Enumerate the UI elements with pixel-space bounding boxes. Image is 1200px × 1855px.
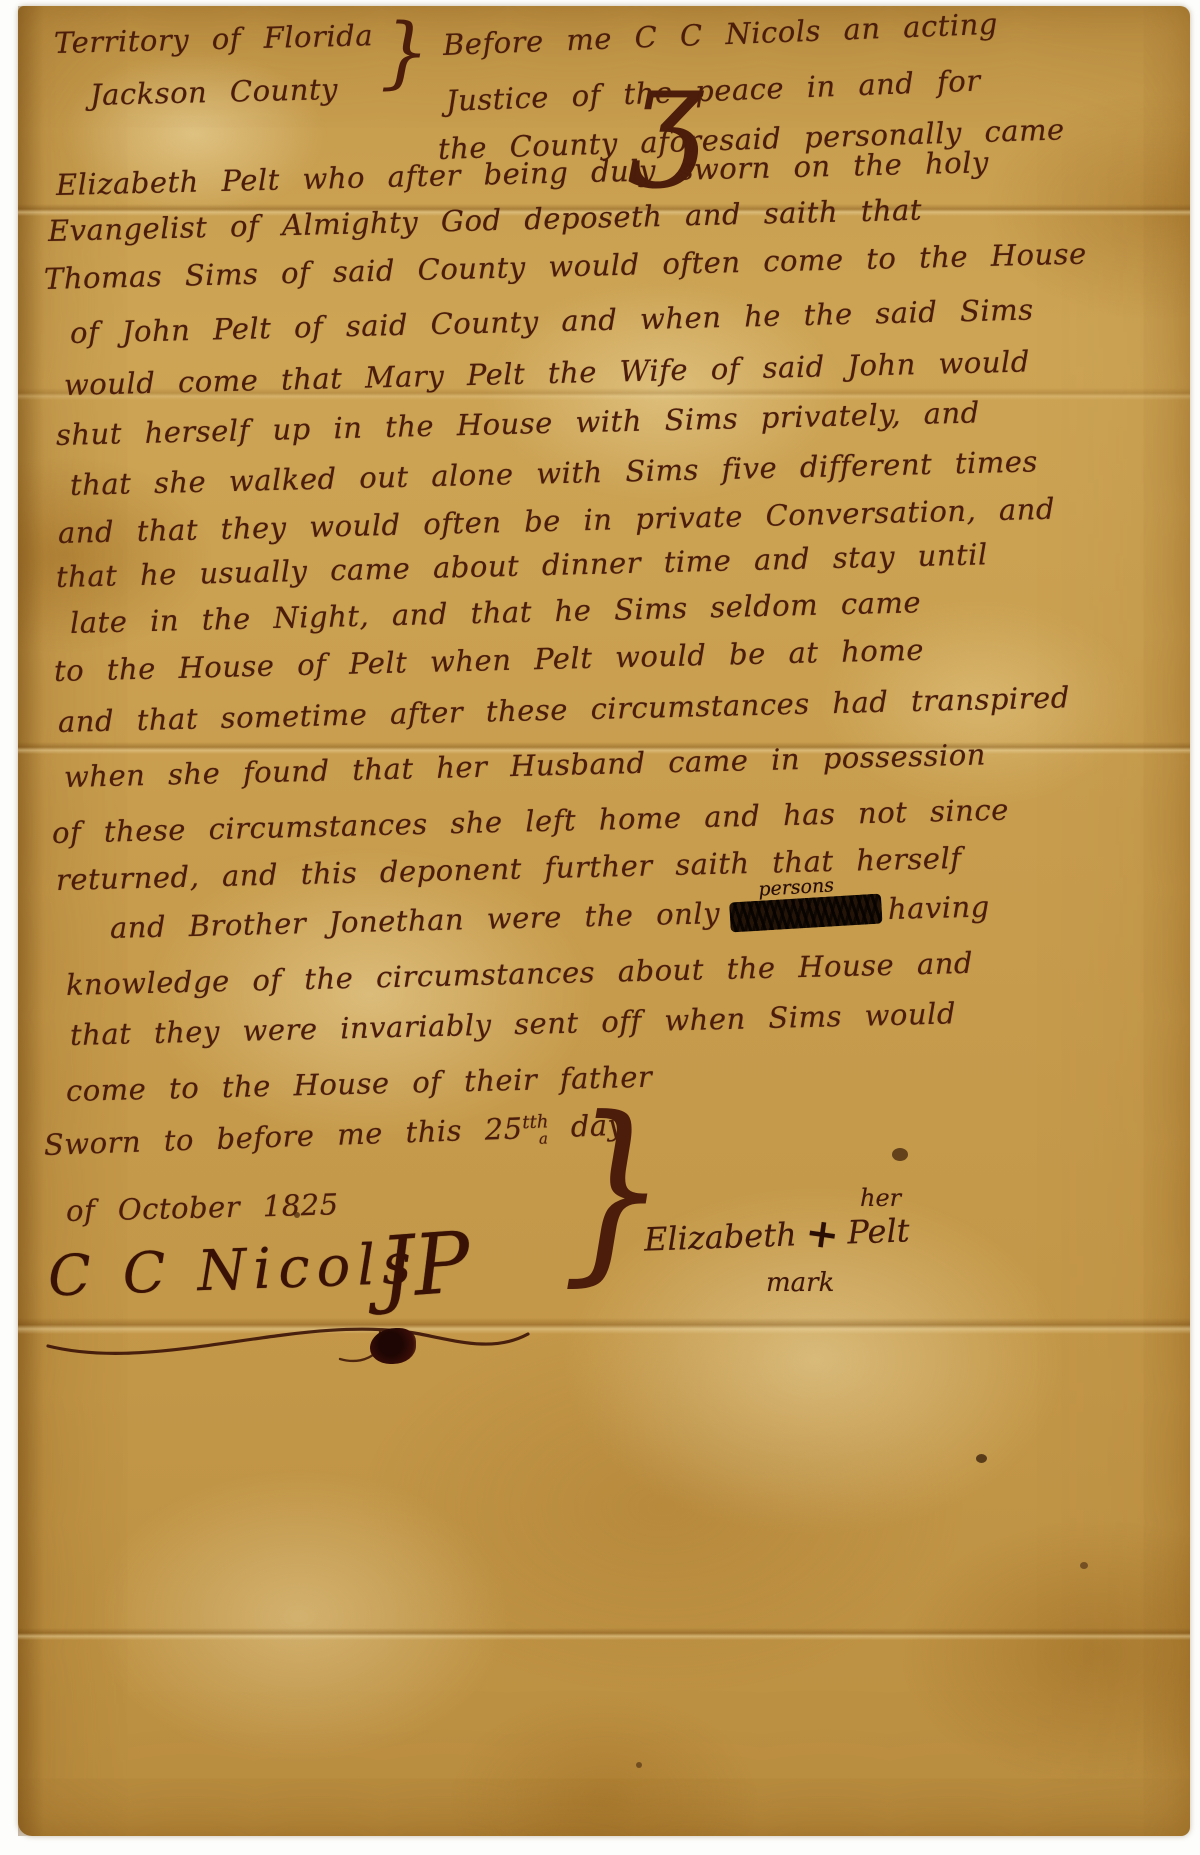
header-left-line: Territory of Florida (54, 18, 374, 60)
sworn-line: Sworn to before me this 25ttha day (43, 1108, 625, 1165)
ink-speck (976, 1454, 987, 1463)
strike-line-pre: and Brother Jonethan were the only (110, 896, 721, 945)
strike-line-post: having (887, 890, 990, 926)
signer-first-name: Elizabeth (643, 1215, 797, 1258)
sworn-prefix: Sworn to before me this 25 (43, 1111, 523, 1162)
header-right-line: Justice of the peace in and for (445, 63, 981, 118)
signer-last-name: Pelt (847, 1211, 910, 1251)
handwritten-line: and that sometime after these circumstan… (58, 680, 1071, 739)
justice-signature: C C Nicols (47, 1232, 419, 1310)
scanned-document: Territory of Florida Jackson County } ʒ … (0, 0, 1200, 1855)
handwritten-line: when she found that her Husband came in … (64, 737, 987, 794)
handwritten-line: Thomas Sims of said County would often c… (44, 237, 1088, 296)
ink-speck (892, 1148, 908, 1161)
handwritten-line: late in the Night, and that he Sims seld… (70, 585, 922, 640)
signer-mark: + (802, 1208, 842, 1260)
date-line: of October 1825 (66, 1187, 339, 1228)
mark-label: mark (766, 1268, 834, 1298)
signature-flourish (40, 1304, 540, 1374)
paper-sheet: Territory of Florida Jackson County } ʒ … (18, 6, 1190, 1836)
crease-line (18, 1628, 1190, 1640)
handwritten-line-with-strike: and Brother Jonethan were the onlyperson… (110, 890, 991, 945)
handwritten-line: knowledge of the circumstances about the… (66, 946, 974, 1002)
header-left-line: Jackson County (90, 72, 339, 112)
ink-blot (370, 1328, 416, 1364)
ink-speck (1080, 1562, 1088, 1569)
signer-name-row: Elizabeth+Pelt (643, 1211, 910, 1258)
fold-shadow-left (18, 6, 44, 1836)
inserted-word: persons (758, 874, 835, 900)
handwritten-line: that they were invariably sent off when … (70, 996, 957, 1052)
handwritten-line: Evangelist of Almighty God deposeth and … (48, 193, 923, 248)
handwritten-line: that she walked out alone with Sims five… (70, 444, 1039, 502)
ink-speck (294, 1212, 300, 1218)
header-right-line: Before me C C Nicols an acting (442, 7, 998, 62)
handwritten-line: of John Pelt of said County and when he … (70, 292, 1034, 350)
strikethrough-scribble: persons (729, 894, 883, 933)
handwritten-line: to the House of Pelt when Pelt would be … (54, 633, 925, 688)
handwritten-line: would come that Mary Pelt the Wife of sa… (64, 344, 1031, 402)
ink-speck (636, 1762, 642, 1768)
closing-brace: } (561, 1092, 667, 1288)
header-brace: } (380, 14, 430, 92)
justice-signature-initials: JP (377, 1213, 474, 1317)
handwritten-line: of these circumstances she left home and… (52, 793, 1010, 850)
her-label: her (860, 1184, 901, 1212)
handwritten-line: shut herself up in the House with Sims p… (56, 395, 981, 452)
